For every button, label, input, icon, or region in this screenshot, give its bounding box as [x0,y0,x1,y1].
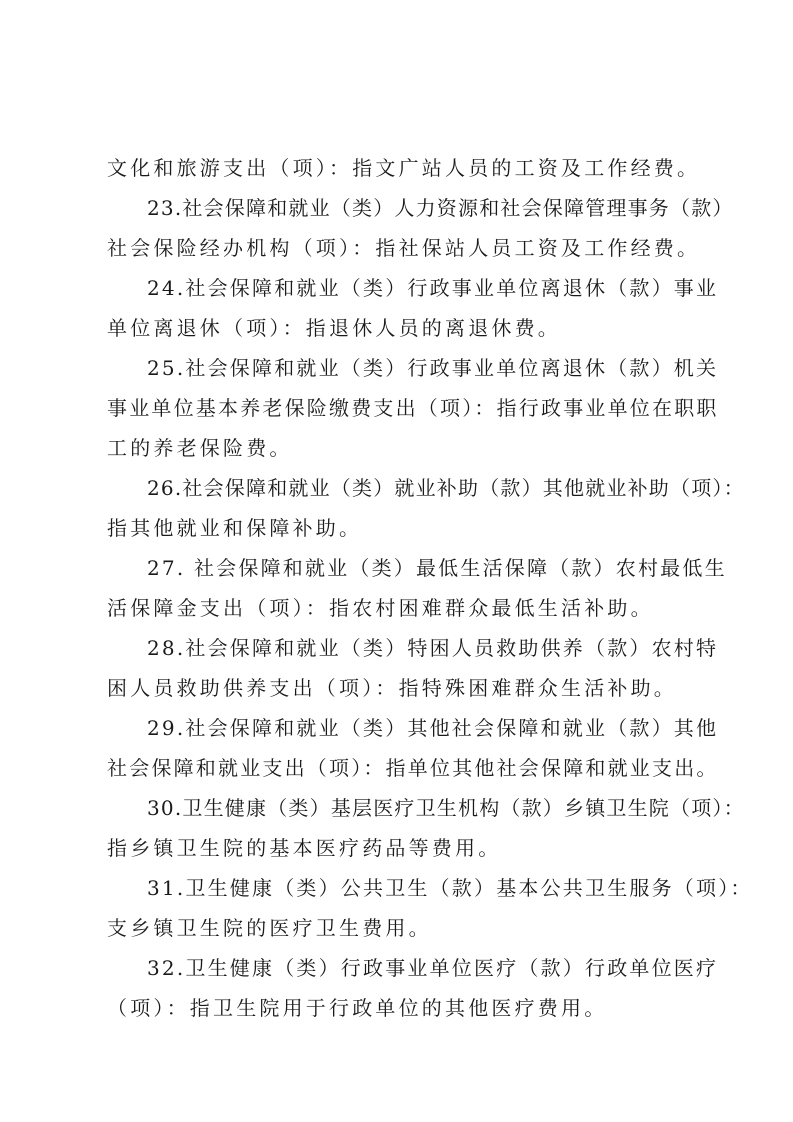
paragraph-28-line-2: 困人员救助供养支出（项）：指特殊困难群众生活补助。 [107,668,695,708]
paragraph-29-line-2: 社会保障和就业支出（项）：指单位其他社会保障和就业支出。 [107,748,695,788]
paragraph-23-line-2: 社会保险经办机构（项）：指社保站人员工资及工作经费。 [107,228,695,268]
paragraph-28-line-1: 28.社会保障和就业（类）特困人员救助供养（款）农村特 [107,628,695,668]
paragraph-26-line-2: 指其他就业和保障补助。 [107,508,695,548]
paragraph-24-line-1: 24.社会保障和就业（类）行政事业单位离退休（款）事业 [107,268,695,308]
paragraph-24-line-2: 单位离退休（项）：指退休人员的离退休费。 [107,308,695,348]
paragraph-27-line-1: 27. 社会保障和就业（类）最低生活保障（款）农村最低生 [107,548,695,588]
paragraph-25-line-1: 25.社会保障和就业（类）行政事业单位离退休（款）机关 [107,348,695,388]
paragraph-27-line-2: 活保障金支出（项）：指农村困难群众最低生活补助。 [107,588,695,628]
paragraph-26-line-1: 26.社会保障和就业（类）就业补助（款）其他就业补助（项）： [107,468,695,508]
paragraph-30-line-2: 指乡镇卫生院的基本医疗药品等费用。 [107,828,695,868]
paragraph-32-line-1: 32.卫生健康（类）行政事业单位医疗（款）行政单位医疗 [107,948,695,988]
paragraph-25-line-3: 工的养老保险费。 [107,428,695,468]
paragraph-22-continuation: 文化和旅游支出（项）：指文广站人员的工资及工作经费。 [107,148,695,188]
paragraph-30-line-1: 30.卫生健康（类）基层医疗卫生机构（款）乡镇卫生院（项）： [107,788,695,828]
paragraph-25-line-2: 事业单位基本养老保险缴费支出（项）：指行政事业单位在职职 [107,388,695,428]
paragraph-31-line-2: 支乡镇卫生院的医疗卫生费用。 [107,908,695,948]
paragraph-23-line-1: 23.社会保障和就业（类）人力资源和社会保障管理事务（款） [107,188,695,228]
paragraph-32-line-2: （项）：指卫生院用于行政单位的其他医疗费用。 [107,988,695,1028]
paragraph-31-line-1: 31.卫生健康（类）公共卫生（款）基本公共卫生服务（项）： [107,868,695,908]
paragraph-29-line-1: 29.社会保障和就业（类）其他社会保障和就业（款）其他 [107,708,695,748]
document-page: 文化和旅游支出（项）：指文广站人员的工资及工作经费。 23.社会保障和就业（类）… [107,148,695,1028]
